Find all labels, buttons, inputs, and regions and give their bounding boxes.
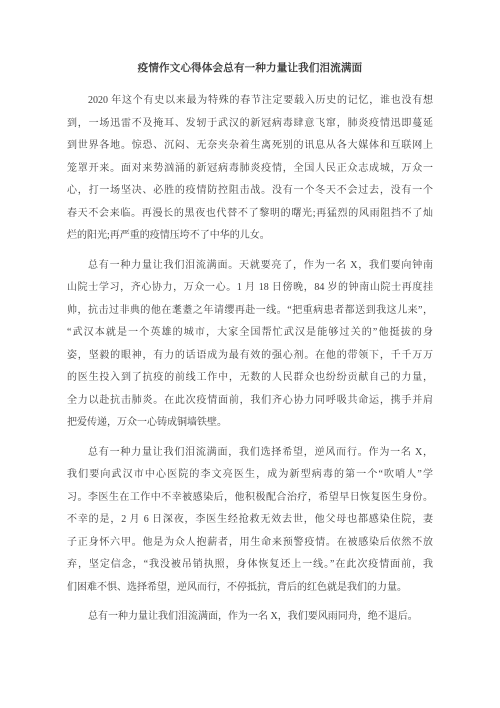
text-line: 心，打一场坚决、必胜的疫情防控阻击战。没有一个冬天不会过去，没有一个	[67, 180, 433, 203]
text-line: “武汉本就是一个英雄的城市，大家全国帮忙武汉是能够过关的”他挺拔的身	[67, 322, 433, 345]
text-line: 们困难不惧、选择希望，逆风而行，不停抵抗，背后的红色就是我们的力量。	[67, 577, 433, 600]
text-line: 子正身怀六甲。他是为众人抱薪者，用生命来预警疫情。在被感染后依然不放	[67, 532, 433, 555]
text-line: 把爱传递，万众一心铸成铜墙铁壁。	[67, 412, 433, 435]
paragraph: 总有一种力量让我们泪流满面，作为一名 X，我们要风雨同舟，绝不退后。	[67, 606, 433, 629]
text-line: 帅，抗击过非典的他在耄耋之年请缨再赴一线。“把重病患者都送到我这儿来”，	[67, 300, 433, 323]
text-line: 春天不会来临。再漫长的黑夜也代替不了黎明的曙光;再猛烈的风雨阻挡不了灿	[67, 203, 433, 226]
document-title: 疫情作文心得体会总有一种力量让我们泪流满面	[67, 60, 433, 78]
text-line: 我们要向武汉市中心医院的李文亮医生，成为新型病毒的第一个“吹哨人”学	[67, 464, 433, 487]
text-line: 到世界各地。惊恐、沉闷、无奈夹杂着生离死别的讯息从各大媒体和互联网上	[67, 135, 433, 158]
text-line: 姿，坚毅的眼神，有力的话语成为最有效的强心剂。在他的带领下，千千万万	[67, 345, 433, 368]
text-line: 2020 年这个有史以来最为特殊的春节注定要载入历史的记忆，谁也没有想	[67, 90, 433, 113]
text-line: 山院士学习，齐心协力，万众一心。1 月 18 日傍晚，84 岁的钟南山院士再度挂	[67, 277, 433, 300]
document-body: 2020 年这个有史以来最为特殊的春节注定要载入历史的记忆，谁也没有想到，一场迅…	[67, 90, 433, 629]
text-line: 全力以赴抗击肺炎。在此次疫情面前，我们齐心协力同呼吸共命运，携手并肩	[67, 390, 433, 413]
paragraph: 总有一种力量让我们泪流满面，我们选择希望，逆风而行。作为一名 X，我们要向武汉市…	[67, 442, 433, 600]
paragraph: 总有一种力量让我们泪流满面。天就要亮了，作为一名 X，我们要向钟南山院士学习，齐…	[67, 255, 433, 435]
text-line: 习。李医生在工作中不幸被感染后，他积极配合治疗，希望早日恢复医生身份。	[67, 487, 433, 510]
text-line: 总有一种力量让我们泪流满面，我们选择希望，逆风而行。作为一名 X，	[67, 442, 433, 465]
text-line: 弃，坚定信念，“我没被吊销执照，身体恢复还上一线。”在此次疫情面前，我	[67, 554, 433, 577]
text-line: 笼罩开来。面对来势汹涌的新冠病毒肺炎疫情，全国人民正众志成城，万众一	[67, 158, 433, 181]
text-line: 的医生投入到了抗疫的前线工作中，无数的人民群众也纷纷贡献自己的力量，	[67, 367, 433, 390]
paragraph: 2020 年这个有史以来最为特殊的春节注定要载入历史的记忆，谁也没有想到，一场迅…	[67, 90, 433, 248]
text-line: 总有一种力量让我们泪流满面，作为一名 X，我们要风雨同舟，绝不退后。	[67, 606, 433, 629]
document-page: 疫情作文心得体会总有一种力量让我们泪流满面 2020 年这个有史以来最为特殊的春…	[0, 0, 500, 708]
text-line: 总有一种力量让我们泪流满面。天就要亮了，作为一名 X，我们要向钟南	[67, 255, 433, 278]
text-line: 不幸的是，2 月 6 日深夜，李医生经抢救无效去世，他父母也都感染住院，妻	[67, 509, 433, 532]
text-line: 烂的阳光;再严重的疫情压垮不了中华的儿女。	[67, 225, 433, 248]
text-line: 到，一场迅雷不及掩耳、发轫于武汉的新冠病毒肆意飞窜，肺炎疫情迅即蔓延	[67, 113, 433, 136]
